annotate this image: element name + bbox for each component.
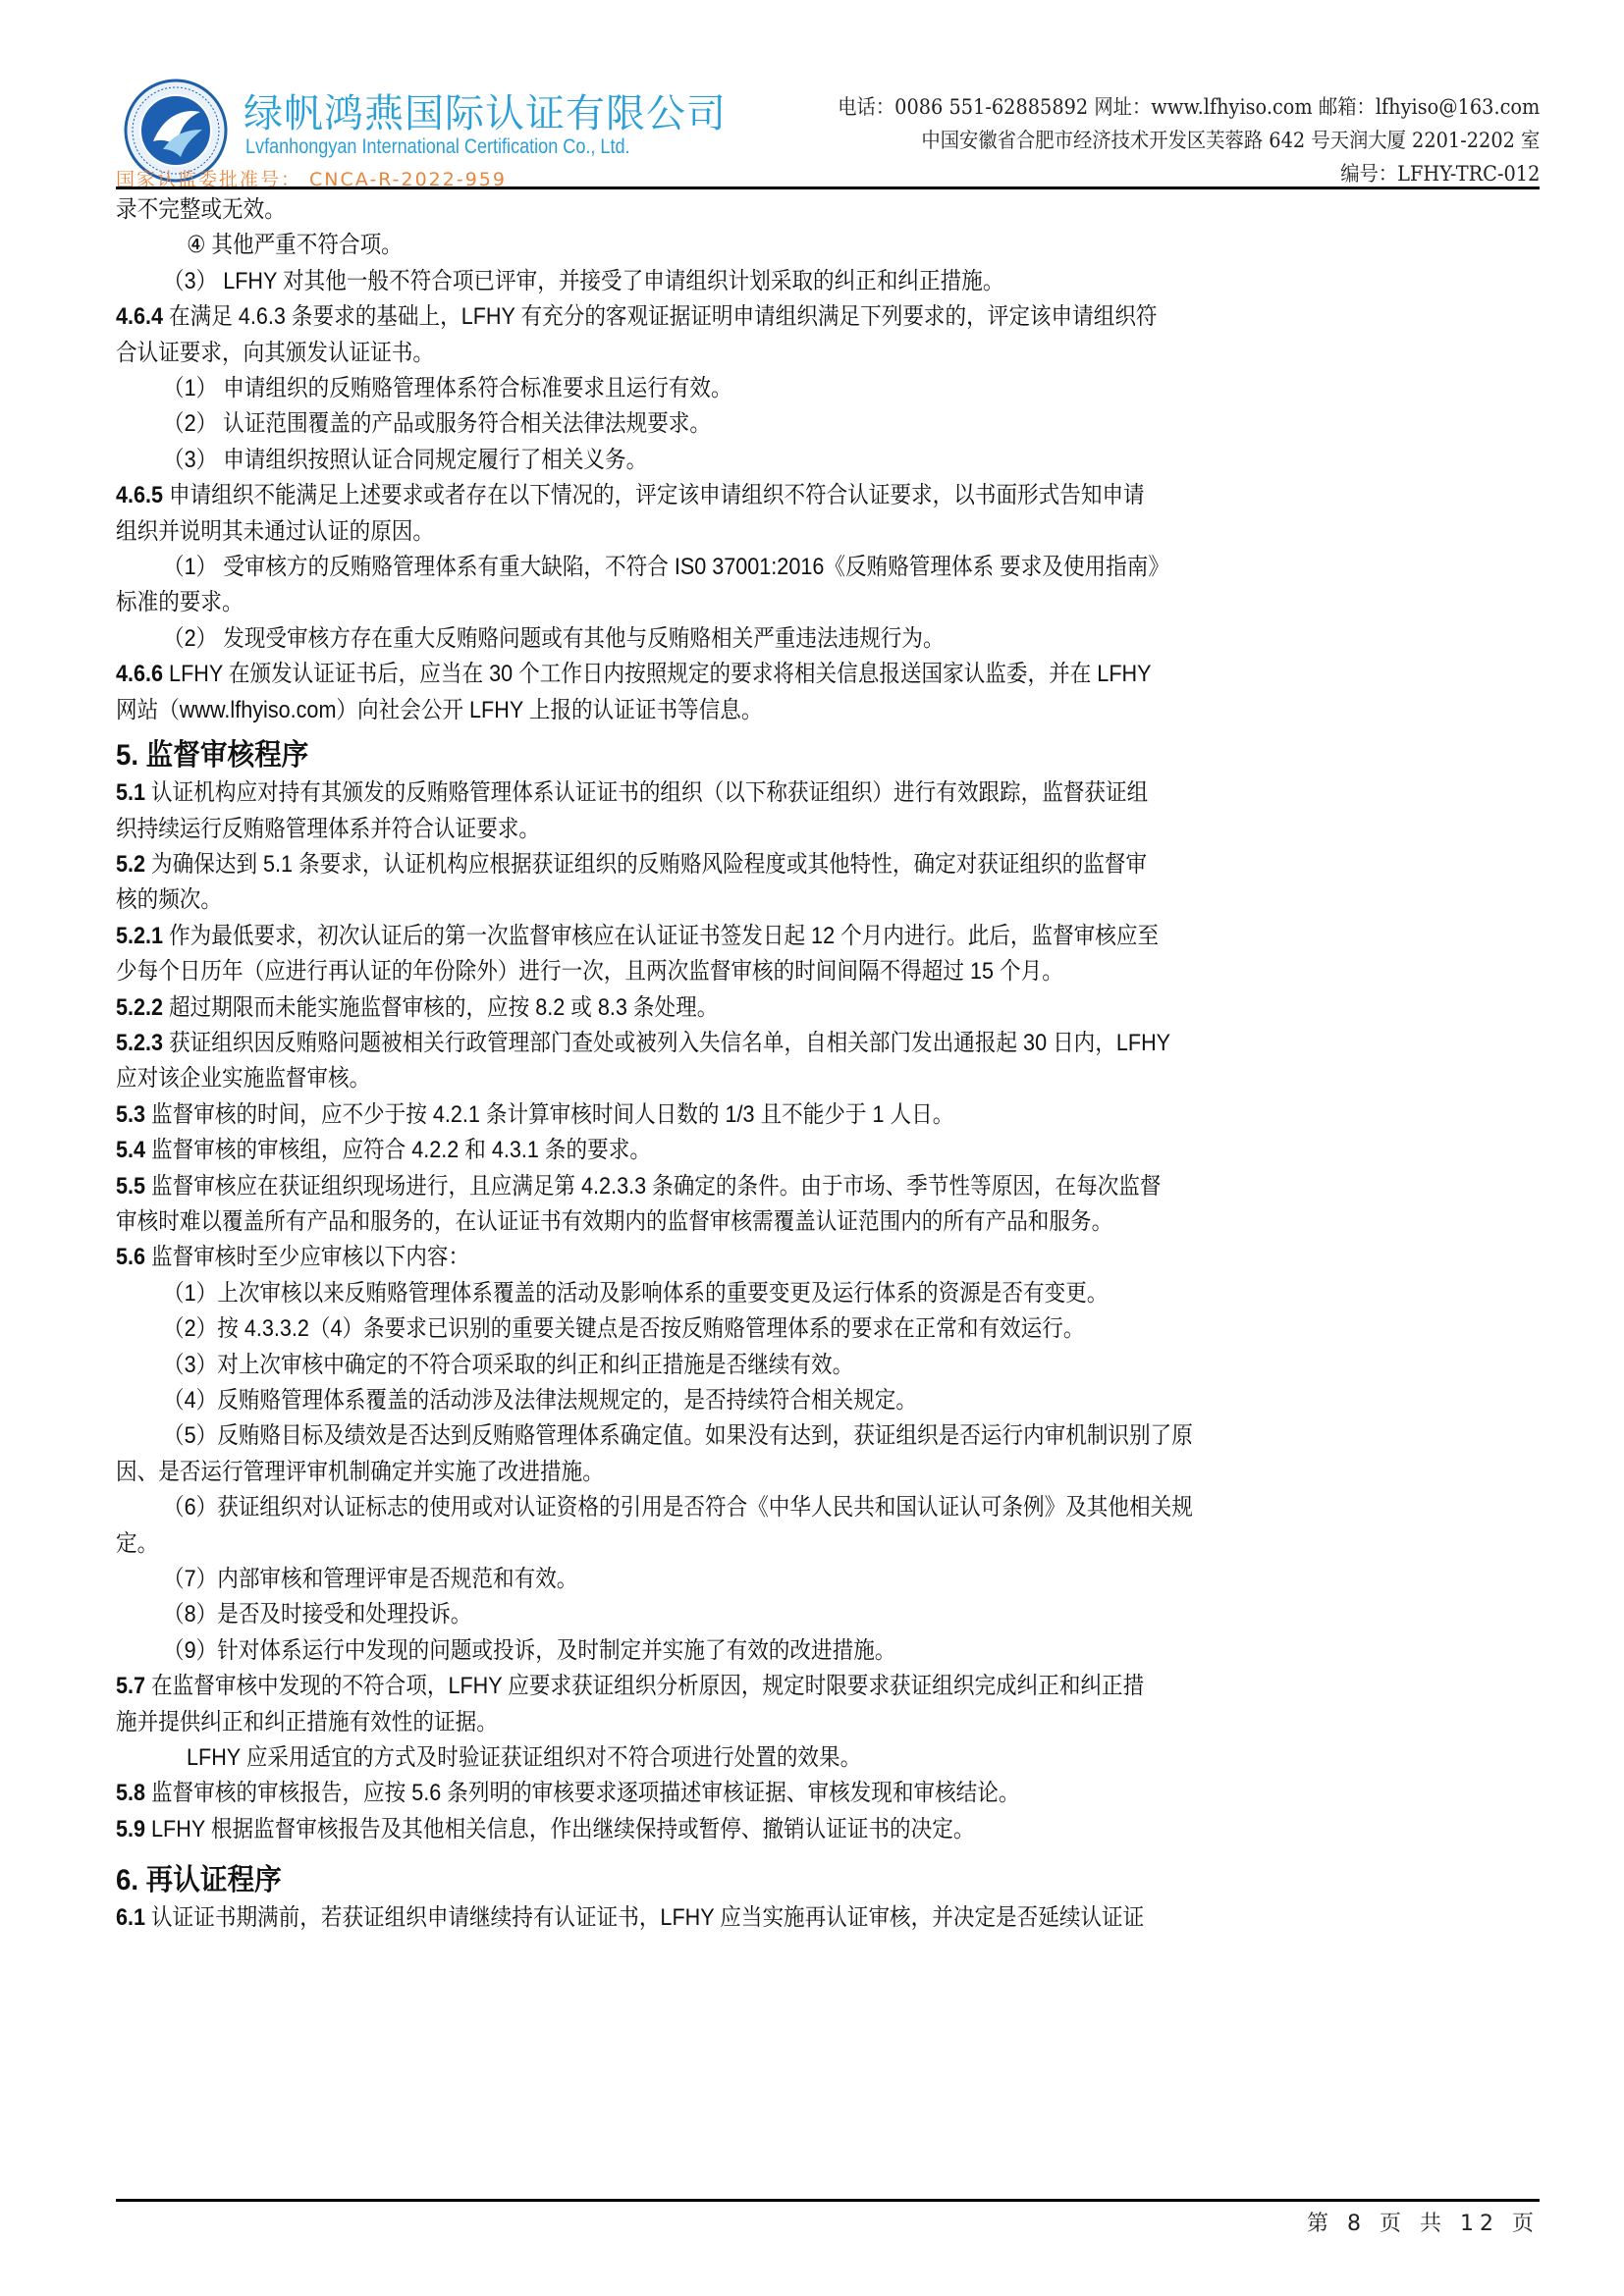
- text-line: 审核时难以覆盖所有产品和服务的，在认证证书有效期内的监督审核需覆盖认证范围内的所…: [116, 1204, 1540, 1240]
- text-line: 6.1 认证证书期满前，若获证组织申请继续持有认证证书，LFHY 应当实施再认证…: [116, 1900, 1540, 1936]
- line-text: 超过期限而未能实施监督审核的，应按 8.2 或 8.3 条处理。: [163, 994, 718, 1021]
- company-name-en: Lvfanhongyan International Certification…: [245, 135, 630, 159]
- text-line: 组织并说明其未通过认证的原因。: [116, 514, 1540, 550]
- line-text: （8）是否及时接受和处理投诉。: [163, 1601, 471, 1628]
- line-text: 少每个日历年（应进行再认证的年份除外）进行一次，且两次监督审核的时间间隔不得超过…: [116, 958, 1063, 985]
- text-line: （1）上次审核以来反贿赂管理体系覆盖的活动及影响体系的重要变更及运行体系的资源是…: [116, 1276, 1540, 1311]
- clause-number: 5.7: [116, 1673, 145, 1699]
- line-text: （3） 申请组织按照认证合同规定履行了相关义务。: [163, 447, 647, 473]
- contact-block: 电话：0086 551-62885892 网址：www.lfhyiso.com …: [777, 90, 1540, 190]
- text-line: （3） 申请组织按照认证合同规定履行了相关义务。: [116, 443, 1540, 478]
- contact-line: 电话：0086 551-62885892 网址：www.lfhyiso.com …: [838, 90, 1540, 124]
- line-text: 获证组织因反贿赂问题被相关行政管理部门查处或被列入失信名单，自相关部门发出通报起…: [163, 1030, 1170, 1056]
- line-text: 在监督审核中发现的不符合项，LFHY 应要求获证组织分析原因，规定时限要求获证组…: [145, 1673, 1144, 1699]
- section-6-content: 6.1 认证证书期满前，若获证组织申请继续持有认证证书，LFHY 应当实施再认证…: [116, 1900, 1540, 1936]
- line-text: 定。: [116, 1530, 158, 1557]
- clause-number: 5.9: [116, 1816, 145, 1842]
- section-4-6-continuation: 录不完整或无效。④ 其他严重不符合项。（3） LFHY 对其他一般不符合项已评审…: [116, 192, 1540, 728]
- text-line: （7）内部审核和管理评审是否规范和有效。: [116, 1562, 1540, 1597]
- clause-number: 5.4: [116, 1137, 145, 1163]
- text-line: 5.9 LFHY 根据监督审核报告及其他相关信息，作出继续保持或暂停、撤销认证证…: [116, 1812, 1540, 1847]
- line-text: （4）反贿赂管理体系覆盖的活动涉及法律法规规定的，是否持续符合相关规定。: [163, 1387, 917, 1414]
- text-line: （3）对上次审核中确定的不符合项采取的纠正和纠正措施是否继续有效。: [116, 1348, 1540, 1383]
- section-5-content: 5.1 认证机构应对持有其颁发的反贿赂管理体系认证证书的组织（以下称获证组织）进…: [116, 775, 1540, 1847]
- line-text: 认证机构应对持有其颁发的反贿赂管理体系认证证书的组织（以下称获证组织）进行有效跟…: [145, 779, 1148, 806]
- clause-number: 5.6: [116, 1244, 145, 1270]
- company-name-cn: 绿帆鸿燕国际认证有限公司: [244, 82, 727, 138]
- line-text: 施并提供纠正和纠正措施有效性的证据。: [116, 1709, 498, 1735]
- line-text: 审核时难以覆盖所有产品和服务的，在认证证书有效期内的监督审核需覆盖认证范围内的所…: [116, 1208, 1112, 1235]
- clause-number: 5.8: [116, 1780, 145, 1806]
- text-line: 5.2.1 作为最低要求，初次认证后的第一次监督审核应在认证证书签发日起 12 …: [116, 919, 1540, 954]
- line-text: （1） 申请组织的反贿赂管理体系符合标准要求且运行有效。: [163, 375, 732, 401]
- text-line: 录不完整或无效。: [116, 192, 1540, 228]
- section-5-heading: 5. 监督审核程序: [116, 736, 1540, 775]
- line-text: （2）按 4.3.3.2（4）条要求已识别的重要关键点是否按反贿赂管理体系的要求…: [163, 1315, 1084, 1342]
- text-line: 5.5 监督审核应在获证组织现场进行，且应满足第 4.2.3.3 条确定的条件。…: [116, 1169, 1540, 1204]
- clause-number: 5.2.1: [116, 923, 163, 949]
- line-text: LFHY 应采用适宜的方式及时验证获证组织对不符合项进行处置的效果。: [187, 1744, 861, 1771]
- text-line: 5.7 在监督审核中发现的不符合项，LFHY 应要求获证组织分析原因，规定时限要…: [116, 1669, 1540, 1704]
- line-text: ④ 其他严重不符合项。: [187, 232, 403, 258]
- text-line: 合认证要求，向其颁发认证证书。: [116, 336, 1540, 371]
- line-text: 为确保达到 5.1 条要求，认证机构应根据获证组织的反贿赂风险程度或其他特性，确…: [145, 851, 1147, 878]
- line-text: （3） LFHY 对其他一般不符合项已评审，并接受了申请组织计划采取的纠正和纠正…: [163, 268, 1003, 294]
- section-6-heading: 6. 再认证程序: [116, 1861, 1540, 1900]
- text-line: 织持续运行反贿赂管理体系并符合认证要求。: [116, 812, 1540, 847]
- clause-number: 5.2: [116, 851, 145, 878]
- clause-number: 5.2.3: [116, 1030, 163, 1056]
- line-text: 组织并说明其未通过认证的原因。: [116, 518, 434, 545]
- line-text: 合认证要求，向其颁发认证证书。: [116, 340, 434, 366]
- document-body: 录不完整或无效。④ 其他严重不符合项。（3） LFHY 对其他一般不符合项已评审…: [116, 192, 1540, 1937]
- text-line: 施并提供纠正和纠正措施有效性的证据。: [116, 1705, 1540, 1740]
- text-line: （2） 发现受审核方存在重大反贿赂问题或有其他与反贿赂相关严重违法违规行为。: [116, 621, 1540, 657]
- footer-divider: [116, 2199, 1540, 2202]
- text-line: 5.4 监督审核的审核组，应符合 4.2.2 和 4.3.1 条的要求。: [116, 1133, 1540, 1168]
- line-text: （7）内部审核和管理评审是否规范和有效。: [163, 1566, 577, 1592]
- line-text: 作为最低要求，初次认证后的第一次监督审核应在认证证书签发日起 12 个月内进行。…: [163, 923, 1159, 949]
- text-line: （6）获证组织对认证标志的使用或对认证资格的引用是否符合《中华人民共和国认证认可…: [116, 1490, 1540, 1525]
- text-line: （3） LFHY 对其他一般不符合项已评审，并接受了申请组织计划采取的纠正和纠正…: [116, 264, 1540, 299]
- text-line: （4）反贿赂管理体系覆盖的活动涉及法律法规规定的，是否持续符合相关规定。: [116, 1383, 1540, 1418]
- page-number: 第 8 页 共 12 页: [1307, 2207, 1540, 2237]
- document-page: 绿帆鸿燕国际认证有限公司 Lvfanhongyan International …: [0, 0, 1624, 2296]
- text-line: 5.1 认证机构应对持有其颁发的反贿赂管理体系认证证书的组织（以下称获证组织）进…: [116, 775, 1540, 811]
- header-divider: [116, 187, 1540, 189]
- clause-number: 5.5: [116, 1173, 145, 1200]
- line-text: （1） 受审核方的反贿赂管理体系有重大缺陷，不符合 IS0 37001:2016…: [163, 554, 1169, 580]
- text-line: （2） 认证范围覆盖的产品或服务符合相关法律法规要求。: [116, 406, 1540, 442]
- line-text: 应对该企业实施监督审核。: [116, 1065, 370, 1092]
- line-text: （1）上次审核以来反贿赂管理体系覆盖的活动及影响体系的重要变更及运行体系的资源是…: [163, 1280, 1108, 1307]
- text-line: （8）是否及时接受和处理投诉。: [116, 1597, 1540, 1632]
- page-header: 绿帆鸿燕国际认证有限公司 Lvfanhongyan International …: [116, 69, 1540, 187]
- text-line: 5.3 监督审核的时间，应不少于按 4.2.1 条计算审核时间人日数的 1/3 …: [116, 1097, 1540, 1133]
- line-text: （9）针对体系运行中发现的问题或投诉，及时制定并实施了有效的改进措施。: [163, 1637, 895, 1664]
- text-line: 5.2.3 获证组织因反贿赂问题被相关行政管理部门查处或被列入失信名单，自相关部…: [116, 1026, 1540, 1061]
- line-text: 在满足 4.6.3 条要求的基础上，LFHY 有充分的客观证据证明申请组织满足下…: [163, 303, 1157, 330]
- clause-number: 4.6.4: [116, 303, 163, 330]
- line-text: 监督审核的审核组，应符合 4.2.2 和 4.3.1 条的要求。: [145, 1137, 651, 1163]
- document-number: 编号：LFHY-TRC-012: [838, 157, 1540, 190]
- line-text: （5）反贿赂目标及绩效是否达到反贿赂管理体系确定值。如果没有达到，获证组织是否运…: [163, 1422, 1193, 1449]
- line-text: （3）对上次审核中确定的不符合项采取的纠正和纠正措施是否继续有效。: [163, 1352, 853, 1378]
- line-text: （2） 认证范围覆盖的产品或服务符合相关法律法规要求。: [163, 410, 711, 437]
- clause-number: 6.1: [116, 1904, 145, 1931]
- text-line: ④ 其他严重不符合项。: [116, 228, 1540, 263]
- line-text: 核的频次。: [116, 886, 222, 913]
- text-line: 网站（www.lfhyiso.com）向社会公开 LFHY 上报的认证证书等信息…: [116, 693, 1540, 728]
- line-text: 因、是否运行管理评审机制确定并实施了改进措施。: [116, 1459, 604, 1485]
- text-line: 4.6.6 LFHY 在颁发认证证书后，应当在 30 个工作日内按照规定的要求将…: [116, 657, 1540, 692]
- line-text: LFHY 根据监督审核报告及其他相关信息，作出继续保持或暂停、撤销认证证书的决定…: [145, 1816, 974, 1842]
- line-text: （6）获证组织对认证标志的使用或对认证资格的引用是否符合《中华人民共和国认证认可…: [163, 1494, 1193, 1521]
- text-line: 4.6.5 申请组织不能满足上述要求或者存在以下情况的，评定该申请组织不符合认证…: [116, 478, 1540, 513]
- text-line: 核的频次。: [116, 882, 1540, 918]
- line-text: 认证证书期满前，若获证组织申请继续持有认证证书，LFHY 应当实施再认证审核，并…: [145, 1904, 1144, 1931]
- line-text: 织持续运行反贿赂管理体系并符合认证要求。: [116, 816, 540, 842]
- text-line: 4.6.4 在满足 4.6.3 条要求的基础上，LFHY 有充分的客观证据证明申…: [116, 299, 1540, 335]
- line-text: 录不完整或无效。: [116, 196, 286, 223]
- line-text: 标准的要求。: [116, 589, 244, 615]
- line-text: 监督审核应在获证组织现场进行，且应满足第 4.2.3.3 条确定的条件。由于市场…: [145, 1173, 1161, 1200]
- clause-number: 5.2.2: [116, 994, 163, 1021]
- address-line: 中国安徽省合肥市经济技术开发区芙蓉路 642 号天润大厦 2201-2202 室: [838, 124, 1540, 157]
- text-line: 少每个日历年（应进行再认证的年份除外）进行一次，且两次监督审核的时间间隔不得超过…: [116, 954, 1540, 989]
- text-line: 5.2.2 超过期限而未能实施监督审核的，应按 8.2 或 8.3 条处理。: [116, 990, 1540, 1026]
- line-text: 申请组织不能满足上述要求或者存在以下情况的，评定该申请组织不符合认证要求，以书面…: [163, 482, 1145, 508]
- text-line: 因、是否运行管理评审机制确定并实施了改进措施。: [116, 1455, 1540, 1490]
- text-line: LFHY 应采用适宜的方式及时验证获证组织对不符合项进行处置的效果。: [116, 1740, 1540, 1776]
- line-text: 监督审核的时间，应不少于按 4.2.1 条计算审核时间人日数的 1/3 且不能少…: [145, 1101, 953, 1128]
- clause-number: 5.1: [116, 779, 145, 806]
- line-text: （2） 发现受审核方存在重大反贿赂问题或有其他与反贿赂相关严重违法违规行为。: [163, 625, 945, 652]
- text-line: （9）针对体系运行中发现的问题或投诉，及时制定并实施了有效的改进措施。: [116, 1633, 1540, 1669]
- line-text: 监督审核的审核报告，应按 5.6 条列明的审核要求逐项描述审核证据、审核发现和审…: [145, 1780, 1019, 1806]
- clause-number: 5.3: [116, 1101, 145, 1128]
- clause-number: 4.6.5: [116, 482, 163, 508]
- text-line: 5.2 为确保达到 5.1 条要求，认证机构应根据获证组织的反贿赂风险程度或其他…: [116, 847, 1540, 882]
- text-line: （1） 受审核方的反贿赂管理体系有重大缺陷，不符合 IS0 37001:2016…: [116, 550, 1540, 585]
- text-line: 5.8 监督审核的审核报告，应按 5.6 条列明的审核要求逐项描述审核证据、审核…: [116, 1776, 1540, 1811]
- line-text: LFHY 在颁发认证证书后，应当在 30 个工作日内按照规定的要求将相关信息报送…: [163, 661, 1151, 687]
- clause-number: 4.6.6: [116, 661, 163, 687]
- text-line: （2）按 4.3.3.2（4）条要求已识别的重要关键点是否按反贿赂管理体系的要求…: [116, 1311, 1540, 1347]
- text-line: （1） 申请组织的反贿赂管理体系符合标准要求且运行有效。: [116, 371, 1540, 406]
- text-line: （5）反贿赂目标及绩效是否达到反贿赂管理体系确定值。如果没有达到，获证组织是否运…: [116, 1418, 1540, 1454]
- line-text: 网站（www.lfhyiso.com）向社会公开 LFHY 上报的认证证书等信息…: [116, 697, 762, 723]
- text-line: 应对该企业实施监督审核。: [116, 1061, 1540, 1096]
- text-line: 定。: [116, 1526, 1540, 1562]
- text-line: 标准的要求。: [116, 585, 1540, 620]
- line-text: 监督审核时至少应审核以下内容：: [145, 1244, 469, 1270]
- text-line: 5.6 监督审核时至少应审核以下内容：: [116, 1240, 1540, 1275]
